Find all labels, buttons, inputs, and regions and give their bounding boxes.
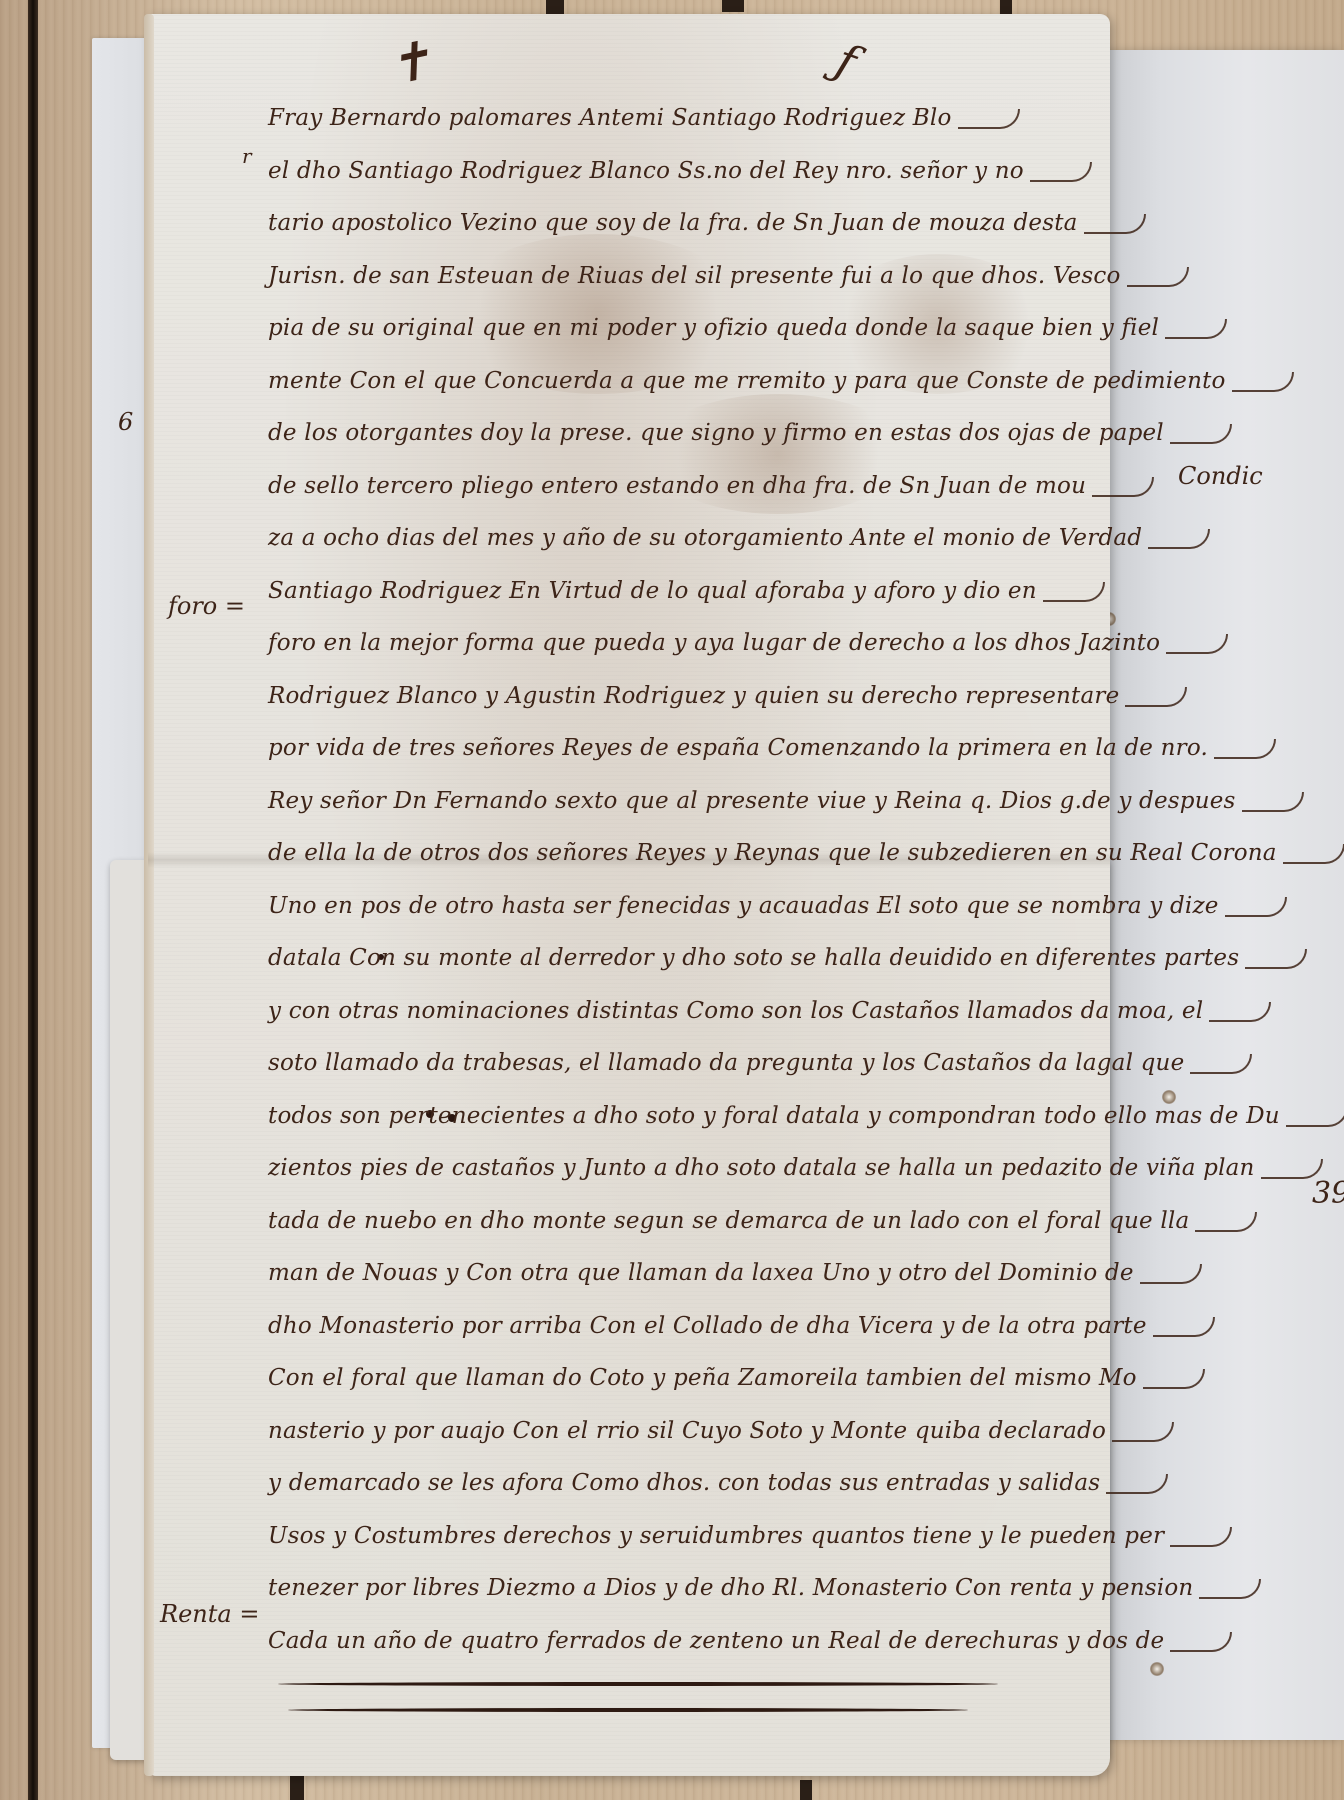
text-line: mente Con el que Concuerda a que me rrem… — [268, 355, 1068, 408]
closing-rule-line — [278, 1682, 998, 1686]
text-line: Fray Bernardo palomares Antemi Santiago … — [268, 92, 1068, 145]
text-line: tada de nuebo en dho monte segun se dema… — [268, 1195, 1068, 1248]
wood-board-gap — [722, 0, 744, 12]
text-line: pia de su original que en mi poder y ofi… — [268, 302, 1068, 355]
text-line: y demarcado se les afora Como dhos. con … — [268, 1457, 1068, 1510]
text-line: nasterio y por auajo Con el rrio sil Cuy… — [268, 1405, 1068, 1458]
text-line: datala Con su monte al derredor y dho so… — [268, 932, 1068, 985]
margin-note-renta: Renta = — [160, 1600, 259, 1628]
manuscript-page: ✝ ƒ r foro = Renta = Fray Bernardo palom… — [148, 14, 1110, 1776]
text-line: Usos y Costumbres derechos y seruidumbre… — [268, 1510, 1068, 1563]
wood-board-gap — [546, 0, 564, 14]
wood-board-gap — [800, 1780, 812, 1800]
text-line: tenezer por libres Diezmo a Dios y de dh… — [268, 1562, 1068, 1615]
back-sheet-left-fragment: 6 — [118, 408, 133, 436]
text-line: todos son pertenecientes a dho soto y fo… — [268, 1090, 1068, 1143]
text-line: Uno en pos de otro hasta ser fenecidas y… — [268, 880, 1068, 933]
text-line: dho Monasterio por arriba Con el Collado… — [268, 1300, 1068, 1353]
text-line: man de Nouas y Con otra que llaman da la… — [268, 1247, 1068, 1300]
flourish-mark-icon: ƒ — [831, 36, 863, 85]
margin-note-foro: foro = — [168, 592, 245, 620]
text-line: y con otras nominaciones distintas Como … — [268, 985, 1068, 1038]
text-line: Con el foral que llaman do Coto y peña Z… — [268, 1352, 1068, 1405]
binding-hole — [1150, 1662, 1164, 1676]
text-line: soto llamado da trabesas, el llamado da … — [268, 1037, 1068, 1090]
cross-mark-icon: ✝ — [383, 34, 436, 94]
text-line: Santiago Rodriguez En Virtud de lo qual … — [268, 565, 1068, 618]
text-line: de los otorgantes doy la prese. que sign… — [268, 407, 1068, 460]
closing-rule — [278, 1674, 998, 1734]
text-line: de sello tercero pliego entero estando e… — [268, 460, 1068, 513]
text-line: Jurisn. de san Esteuan de Riuas del sil … — [268, 250, 1068, 303]
text-line: zientos pies de castaños y Junto a dho s… — [268, 1142, 1068, 1195]
text-line: za a ocho dias del mes y año de su otorg… — [268, 512, 1068, 565]
text-line: de ella la de otros dos señores Reyes y … — [268, 827, 1068, 880]
text-line: Rodriguez Blanco y Agustin Rodriguez y q… — [268, 670, 1068, 723]
folio-number: 39 — [1312, 1176, 1344, 1211]
manuscript-text: Fray Bernardo palomares Antemi Santiago … — [268, 92, 1068, 1667]
text-line: foro en la mejor forma que pueda y aya l… — [268, 617, 1068, 670]
wood-board-gap — [290, 1776, 304, 1800]
photo-scene: 6 Condic 39 ✝ ƒ r foro = Renta = Fray Be… — [0, 0, 1344, 1800]
back-sheet-right-fragment: Condic — [1178, 462, 1263, 490]
text-line: tario apostolico Vezino que soy de la fr… — [268, 197, 1068, 250]
text-line: por vida de tres señores Reyes de españa… — [268, 722, 1068, 775]
closing-rule-line — [288, 1708, 968, 1712]
text-line: Cada un año de quatro ferrados de zenten… — [268, 1615, 1068, 1668]
margin-marker: r — [242, 144, 252, 168]
text-line: Rey señor Dn Fernando sexto que al prese… — [268, 775, 1068, 828]
wood-board-gap — [28, 0, 38, 1800]
text-line: el dho Santiago Rodriguez Blanco Ss.no d… — [268, 145, 1068, 198]
